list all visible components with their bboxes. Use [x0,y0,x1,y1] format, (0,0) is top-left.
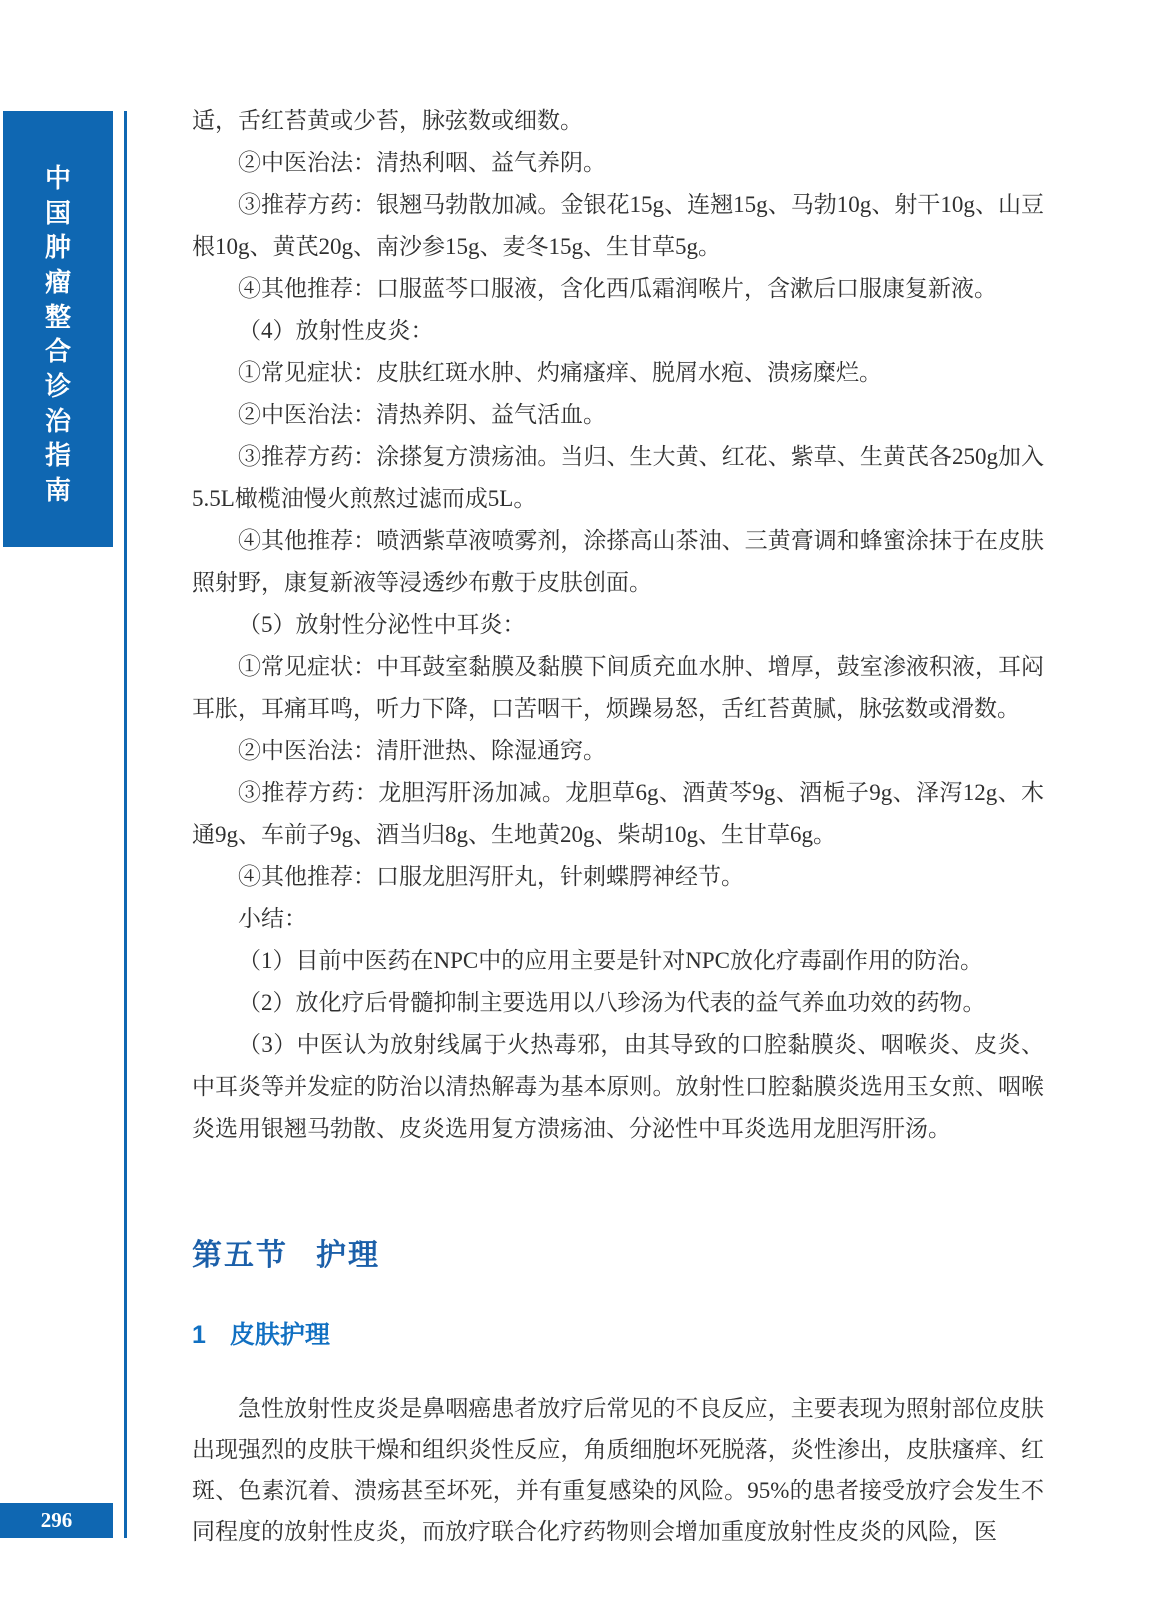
body-paragraph: ④其他推荐：口服蓝芩口服液，含化西瓜霜润喉片，含漱后口服康复新液。 [192,268,1044,310]
body-paragraph: （4）放射性皮炎： [192,310,1044,352]
page-content: 适，舌红苔黄或少苔，脉弦数或细数。 ②中医治法：清热利咽、益气养阴。 ③推荐方药… [192,100,1044,1552]
body-paragraph: （2）放化疗后骨髓抑制主要选用以八珍汤为代表的益气养血功效的药物。 [192,982,1044,1024]
vertical-divider [124,111,127,1538]
subsection-heading: 1皮肤护理 [192,1318,1044,1352]
spine-char: 国 [45,200,71,226]
page-number-badge: 296 [0,1503,113,1538]
body-paragraph: 适，舌红苔黄或少苔，脉弦数或细数。 [192,100,1044,142]
spine-char: 肿 [45,234,71,260]
body-paragraph: ①常见症状：皮肤红斑水肿、灼痛瘙痒、脱屑水疱、溃疡糜烂。 [192,352,1044,394]
body-paragraph: （3）中医认为放射线属于火热毒邪，由其导致的口腔黏膜炎、咽喉炎、皮炎、中耳炎等并… [192,1024,1044,1150]
body-paragraph: ②中医治法：清热养阴、益气活血。 [192,394,1044,436]
body-paragraph: （1）目前中医药在NPC中的应用主要是针对NPC放化疗毒副作用的防治。 [192,940,1044,982]
subsection-number: 1 [192,1321,206,1349]
body-paragraph: ②中医治法：清热利咽、益气养阴。 [192,142,1044,184]
spine-char: 指 [45,442,71,468]
body-paragraph: ③推荐方药：涂搽复方溃疡油。当归、生大黄、红花、紫草、生黄芪各250g加入5.5… [192,436,1044,520]
spine-char: 合 [45,338,71,364]
body-paragraph: ④其他推荐：口服龙胆泻肝丸，针刺蝶腭神经节。 [192,856,1044,898]
page-number: 296 [41,1508,73,1533]
body-paragraph: ②中医治法：清肝泄热、除湿通窍。 [192,730,1044,772]
book-spine-banner: 中 国 肿 瘤 整 合 诊 治 指 南 [3,111,113,547]
spine-char: 整 [45,304,71,330]
subsection-title: 皮肤护理 [230,1321,330,1349]
body-paragraph: （5）放射性分泌性中耳炎： [192,604,1044,646]
spine-char: 南 [45,477,71,503]
section-title: 护理 [316,1239,380,1272]
spine-char: 中 [45,165,71,191]
section-number: 第五节 [192,1239,288,1272]
book-page: 中 国 肿 瘤 整 合 诊 治 指 南 适，舌红苔黄或少苔，脉弦数或细数。 ②中… [0,0,1154,1607]
body-paragraph: ③推荐方药：龙胆泻肝汤加减。龙胆草6g、酒黄芩9g、酒栀子9g、泽泻12g、木通… [192,772,1044,856]
body-paragraph: 小结： [192,898,1044,940]
section-heading: 第五节护理 [192,1236,1044,1276]
body-paragraph: ③推荐方药：银翘马勃散加减。金银花15g、连翘15g、马勃10g、射干10g、山… [192,184,1044,268]
body-paragraph: 急性放射性皮炎是鼻咽癌患者放疗后常见的不良反应，主要表现为照射部位皮肤出现强烈的… [192,1388,1044,1552]
body-paragraph: ④其他推荐：喷洒紫草液喷雾剂，涂搽高山茶油、三黄膏调和蜂蜜涂抹于在皮肤照射野，康… [192,520,1044,604]
body-paragraph: ①常见症状：中耳鼓室黏膜及黏膜下间质充血水肿、增厚，鼓室渗液积液，耳闷耳胀，耳痛… [192,646,1044,730]
spine-char: 瘤 [45,269,71,295]
spine-char: 治 [45,408,71,434]
spine-char: 诊 [45,373,71,399]
